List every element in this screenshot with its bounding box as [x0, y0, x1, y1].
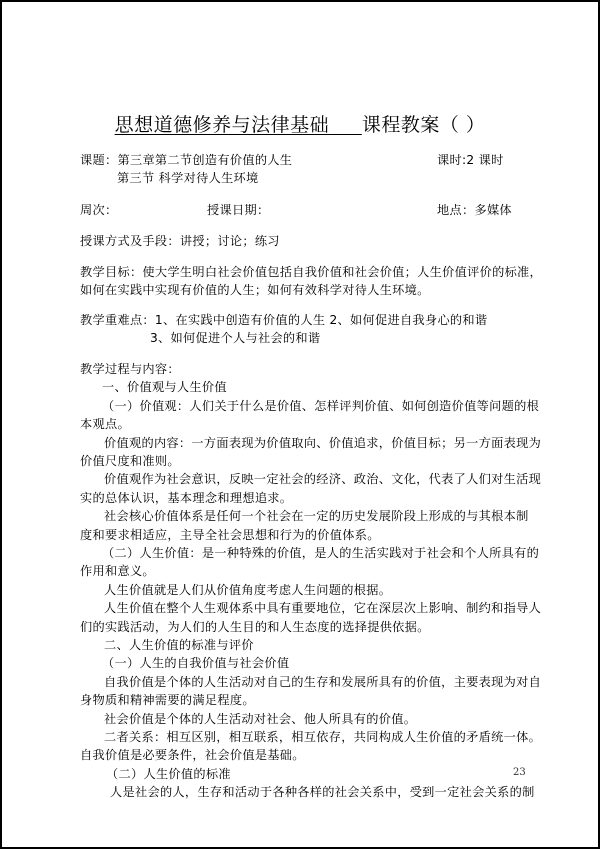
objectives-line-1: 教学目标：使大学生明白社会价值包括自我价值和社会价值；人生价值评价的标准， [80, 263, 542, 281]
content-line: 本观点。 [80, 415, 130, 433]
page-number: 23 [513, 767, 526, 778]
content-line: 一、价值观与人生价值 [102, 378, 227, 396]
content-line: 社会核心价值体系是任何一个社会在一定的历史发展阶段上形成的与其根本制 [104, 507, 529, 525]
key-points-line-2: 3、如何促进个人与社会的和谐 [150, 329, 320, 347]
content-line: （二）人生价值的标准 [106, 765, 231, 783]
page-title: 思想道德修养与法律基础 课程教案（ ） [0, 110, 600, 137]
document-page: 思想道德修养与法律基础 课程教案（ ） 课题：第三章第二节创造有价值的人生 课时… [0, 0, 600, 849]
content-line: 价值观作为社会意识，反映一定社会的经济、政治、文化，代表了人们对生活现 [104, 470, 541, 488]
topic-value-1: 第三章第二节创造有价值的人生 [117, 153, 292, 167]
content-line: 二者关系：相互区别，相互联系，相互依存，共同构成人生价值的矛盾统一体。 [104, 728, 541, 746]
objectives-line-2: 如何在实践中实现有价值的人生；如何有效科学对待人生环境。 [80, 281, 430, 299]
content-line: 自我价值是必要条件，社会价值是基础。 [80, 746, 305, 764]
topic-line-1: 课题：第三章第二节创造有价值的人生 [80, 151, 292, 169]
content-line: （一）人生的自我价值与社会价值 [102, 654, 289, 672]
content-line: 度和要求相适应，主导全社会思想和行为的价值体系。 [80, 526, 380, 544]
content-line: 自我价值是个体的人生活动对自己的生存和发展所具有的价值，主要表现为对自 [104, 673, 541, 691]
teaching-methods: 授课方式及手段：讲授；讨论；练习 [80, 232, 280, 250]
location: 地点：多媒体 [437, 201, 512, 219]
content-line: 实的总体认识，基本理念和理想追求。 [80, 489, 292, 507]
content-line: 价值尺度和准则。 [80, 452, 180, 470]
content-line: （一）价值观：人们关于什么是价值、怎样评判价值、如何创造价值等问题的根 [102, 397, 539, 415]
content-line: 身物质和精神需要的满足程度。 [80, 691, 255, 709]
content-line: 二、人生价值的标准与评价 [104, 636, 254, 654]
content-line: （二）人生价值：是一种特殊的价值，是人的生活实践对于社会和个人所具有的 [102, 544, 539, 562]
week-label: 周次： [80, 201, 117, 219]
topic-line-2: 第三节 科学对待人生环境 [117, 169, 259, 187]
content-line: 人生价值就是人们从价值角度考虑人生问题的根据。 [104, 581, 391, 599]
class-hours: 课时:2 课时 [437, 151, 504, 169]
date-label: 授课日期： [207, 201, 269, 219]
title-suffix: 课程教案（ ） [362, 114, 486, 136]
key-points-line-1: 教学重难点：1、在实践中创造有价值的人生 2、如何促进自我身心的和谐 [80, 311, 487, 329]
content-line: 社会价值是个体的人生活动对社会、他人所具有的价值。 [104, 710, 416, 728]
content-line: 人是社会的人，生存和活动于各种各样的社会关系中，受到一定社会关系的制 [110, 783, 535, 801]
topic-label: 课题： [80, 153, 117, 167]
content-line: 作用和意义。 [80, 562, 155, 580]
content-line: 教学过程与内容： [80, 360, 180, 378]
content-line: 们的实践活动，为人们的人生目的和人生态度的选择提供依据。 [80, 618, 430, 636]
course-name: 思想道德修养与法律基础 [115, 114, 362, 136]
content-line: 价值观的内容：一方面表现为价值取向、价值追求，价值目标；另一方面表现为 [104, 434, 541, 452]
content-line: 人生价值在整个人生观体系中具有重要地位，它在深层次上影响、制约和指导人 [104, 599, 541, 617]
course-name-text: 思想道德修养与法律基础 [115, 114, 330, 136]
